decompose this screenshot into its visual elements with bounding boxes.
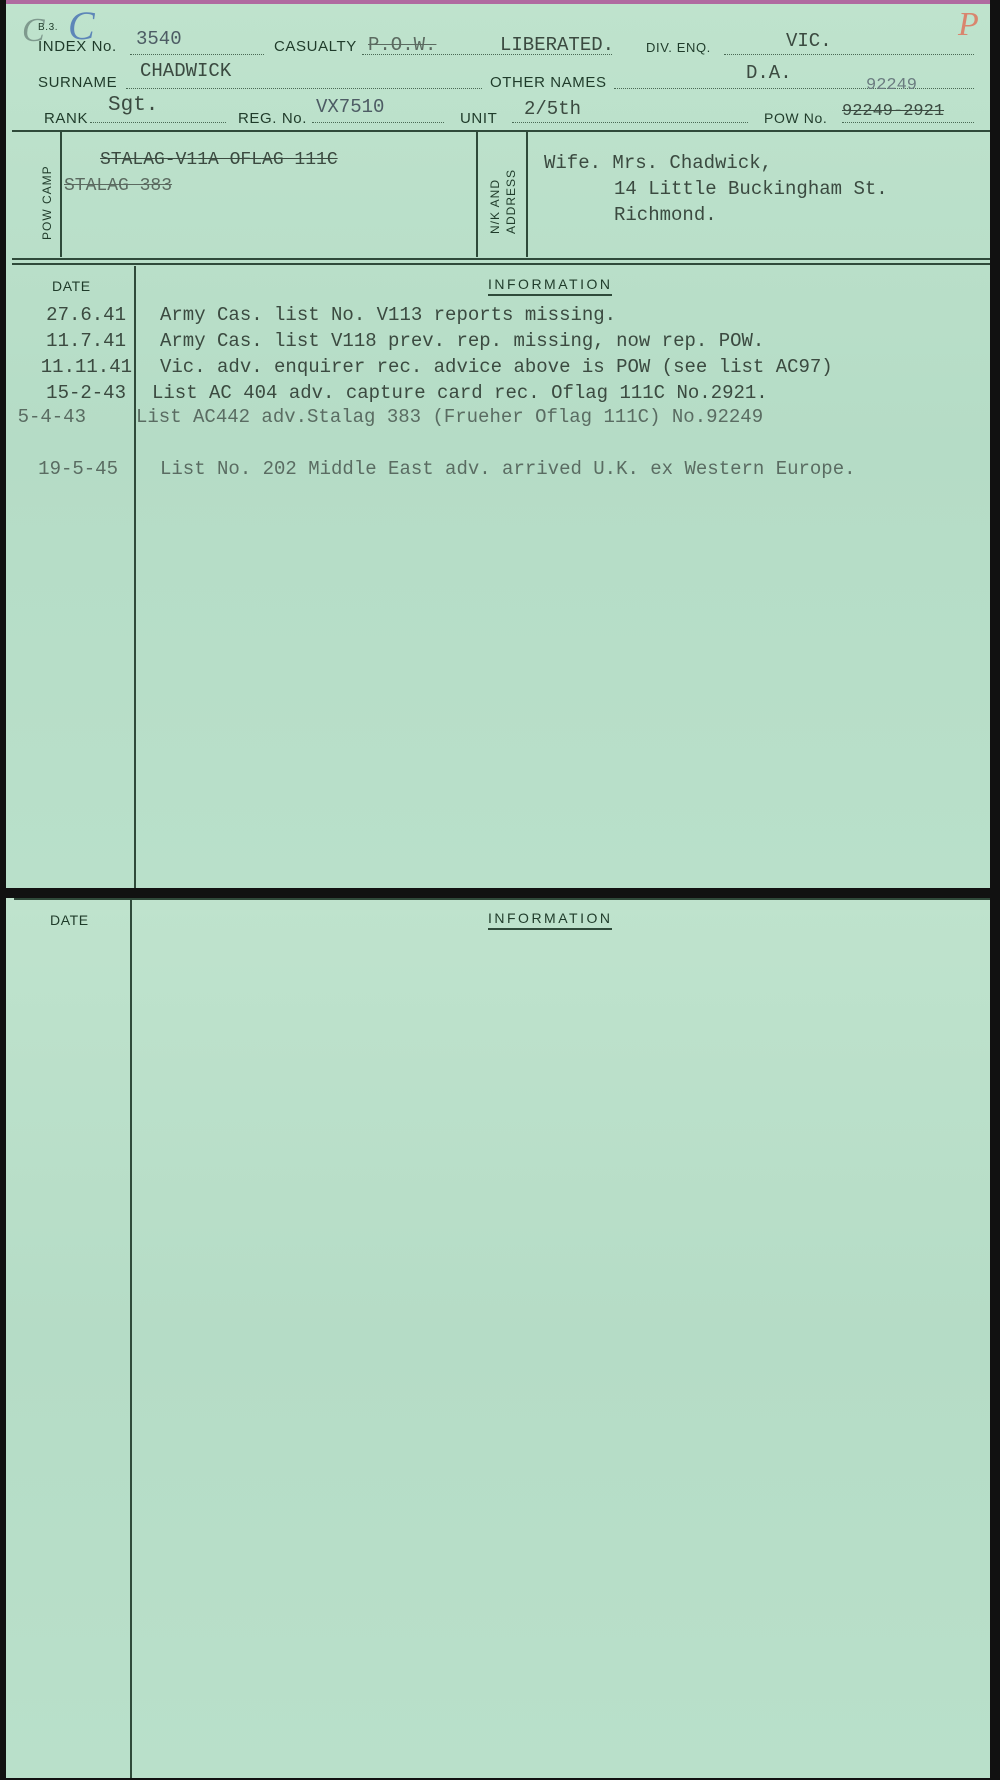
information-header: INFORMATION xyxy=(488,910,612,930)
entry-date: 5-4-43 xyxy=(0,406,86,428)
pow-no-struck: 92249-2921 xyxy=(842,102,944,121)
reg-no-label: REG. No. xyxy=(238,110,307,127)
entry-info: List No. 202 Middle East adv. arrived U.… xyxy=(160,458,856,480)
nk-address-line3: Richmond. xyxy=(614,204,717,226)
address-label: ADDRESS xyxy=(504,169,518,234)
index-no-value: 3540 xyxy=(136,28,182,50)
entry-date: 19-5-45 xyxy=(0,458,118,480)
pow-no-current: 92249 xyxy=(866,76,917,95)
entry-date: 11.11.41 xyxy=(12,356,132,378)
casualty-value: LIBERATED. xyxy=(500,34,614,56)
pow-camp-line2: STALAG 383 xyxy=(64,176,172,196)
surname-label: SURNAME xyxy=(38,74,117,91)
unit-value: 2/5th xyxy=(524,98,581,120)
nk-and-label: N/K AND xyxy=(488,179,502,234)
pencil-mark-p: P xyxy=(958,6,979,44)
other-names-label: OTHER NAMES xyxy=(490,74,607,91)
unit-label: UNIT xyxy=(460,110,497,127)
entry-date: 11.7.41 xyxy=(6,330,126,352)
entry-info: Army Cas. list V118 prev. rep. missing, … xyxy=(160,330,764,352)
reg-no-value: VX7510 xyxy=(316,96,384,118)
entry-info: Army Cas. list No. V113 reports missing. xyxy=(160,304,616,326)
entry-info: List AC442 adv.Stalag 383 (Frueher Oflag… xyxy=(136,406,763,428)
index-card-front: C C P B.3. INDEX No. 3540 CASUALTY P.O.W… xyxy=(6,0,990,888)
index-no-label: INDEX No. xyxy=(38,38,117,55)
date-header: DATE xyxy=(50,912,89,928)
pow-no-label: POW No. xyxy=(764,110,827,126)
casualty-struck-value: P.O.W. xyxy=(368,34,436,56)
rank-label: RANK xyxy=(44,110,88,127)
div-enq-label: DIV. ENQ. xyxy=(646,40,711,55)
information-header: INFORMATION xyxy=(488,276,612,296)
div-enq-value: VIC. xyxy=(786,30,832,52)
surname-value: CHADWICK xyxy=(140,60,231,82)
nk-address-line1: Wife. Mrs. Chadwick, xyxy=(544,152,772,174)
form-code: B.3. xyxy=(38,22,58,33)
pow-camp-label: POW CAMP xyxy=(40,165,54,240)
index-card-reverse: DATE INFORMATION xyxy=(6,898,990,1778)
rank-value: Sgt. xyxy=(108,94,158,117)
nk-address-line2: 14 Little Buckingham St. xyxy=(614,178,888,200)
casualty-label: CASUALTY xyxy=(274,38,357,55)
entry-date: 15-2-43 xyxy=(6,382,126,404)
entry-date: 27.6.41 xyxy=(6,304,126,326)
entry-info: List AC 404 adv. capture card rec. Oflag… xyxy=(152,382,768,404)
other-names-value: D.A. xyxy=(746,62,792,84)
entry-info: Vic. adv. enquirer rec. advice above is … xyxy=(160,356,833,378)
pow-camp-line1: STALAG-V11A OFLAG 111C xyxy=(100,150,338,170)
date-header: DATE xyxy=(52,278,91,294)
